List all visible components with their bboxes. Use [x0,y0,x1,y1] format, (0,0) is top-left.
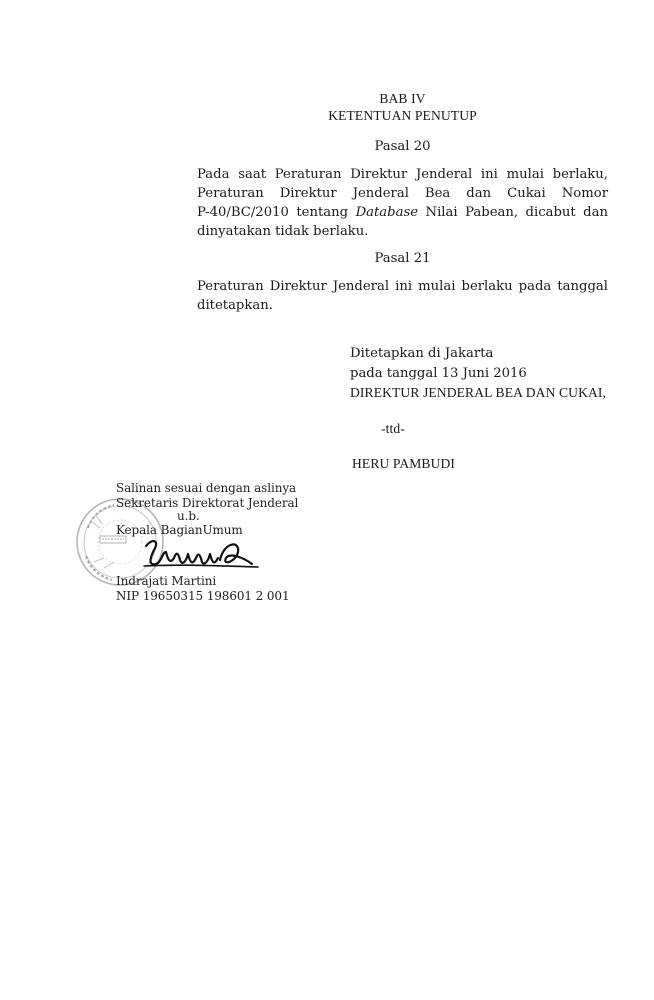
copy-certification: Salinan sesuai dengan aslinya Sekretaris… [0,0,654,620]
certification-line-2: Sekretaris Direktorat Jenderal [116,496,298,510]
certification-line-3: u.b. [177,509,200,523]
certifier-name: Indrajati Martini [116,574,216,588]
handwritten-signature-icon [140,536,260,572]
certification-line-4: Kepala BagianUmum [116,523,243,537]
document-page: BAB IV KETENTUAN PENUTUP Pasal 20 Pada s… [0,0,654,1000]
certification-line-1: Salinan sesuai dengan aslinya [116,481,296,495]
certifier-nip: NIP 19650315 198601 2 001 [116,589,290,603]
